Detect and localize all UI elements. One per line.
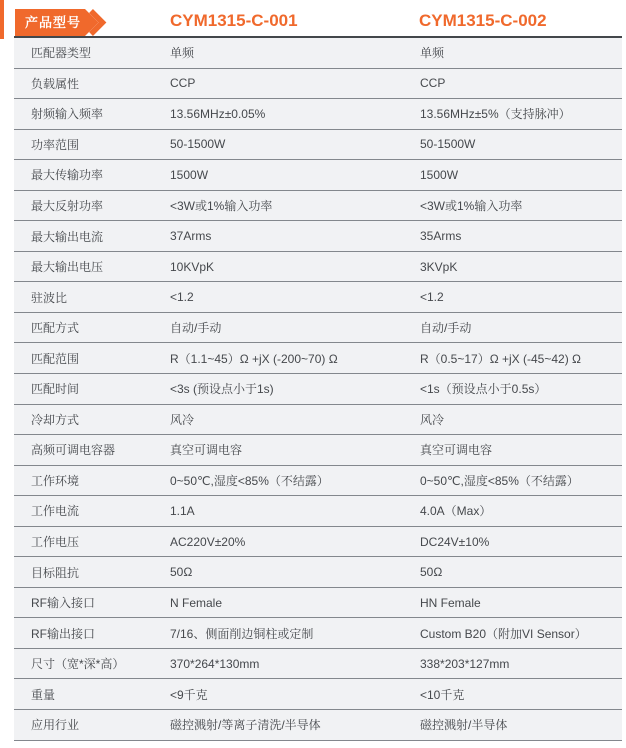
spec-row: 最大反射功率<3W或1%输入功率<3W或1%输入功率 — [14, 191, 622, 222]
spec-value-col2: <1s（预设点小于0.5s） — [420, 380, 622, 397]
spec-value-col2: 13.56MHz±5%（支持脉冲） — [420, 105, 622, 122]
spec-value-col2: 50-1500W — [420, 137, 622, 151]
spec-row: 工作电压AC220V±20%DC24V±10% — [14, 527, 622, 558]
spec-label: 匹配方式 — [14, 319, 170, 336]
spec-value-col1: AC220V±20% — [170, 535, 420, 549]
column-header-model-2: CYM1315-C-002 — [419, 11, 547, 31]
spec-label: 尺寸（宽*深*高） — [14, 655, 170, 672]
spec-row: 匹配器类型单频单频 — [14, 38, 622, 69]
spec-label: 匹配时间 — [14, 380, 170, 397]
spec-label: 最大输出电压 — [14, 258, 170, 275]
spec-row: 负载属性CCPCCP — [14, 69, 622, 100]
spec-value-col1: CCP — [170, 76, 420, 90]
spec-row: 功率范围50-1500W50-1500W — [14, 130, 622, 161]
spec-value-col1: 真空可调电容 — [170, 441, 420, 458]
spec-label: 射频输入频率 — [14, 105, 170, 122]
spec-value-col2: 4.0A（Max） — [420, 502, 622, 519]
spec-value-col2: 1500W — [420, 168, 622, 182]
spec-value-col1: <1.2 — [170, 290, 420, 304]
spec-value-col1: 1500W — [170, 168, 420, 182]
spec-label: 工作环境 — [14, 472, 170, 489]
spec-label: 匹配器类型 — [14, 44, 170, 61]
spec-label: 最大反射功率 — [14, 197, 170, 214]
spec-value-col1: <3W或1%输入功率 — [170, 197, 420, 214]
spec-row: RF输出接口7/16、侧面削边铜柱或定制Custom B20（附加VI Sens… — [14, 618, 622, 649]
spec-value-col1: 0~50℃,湿度<85%（不结露） — [170, 472, 420, 489]
spec-row: 最大输出电压10KVpK3KVpK — [14, 252, 622, 283]
spec-row: 高频可调电容器真空可调电容真空可调电容 — [14, 435, 622, 466]
spec-row: 重量<9千克<10千克 — [14, 679, 622, 710]
spec-value-col2: 3KVpK — [420, 260, 622, 274]
spec-label: 应用行业 — [14, 716, 170, 733]
spec-row: 工作电流1.1A4.0A（Max） — [14, 496, 622, 527]
spec-label: RF输入接口 — [14, 594, 170, 611]
spec-value-col1: N Female — [170, 596, 420, 610]
spec-row: 匹配时间<3s (预设点小于1s)<1s（预设点小于0.5s） — [14, 374, 622, 405]
spec-table: 匹配器类型单频单频负载属性CCPCCP射频输入频率13.56MHz±0.05%1… — [14, 36, 622, 741]
spec-row: 冷却方式风冷风冷 — [14, 405, 622, 436]
spec-label: 冷却方式 — [14, 411, 170, 428]
spec-value-col1: 风冷 — [170, 411, 420, 428]
spec-value-col2: DC24V±10% — [420, 535, 622, 549]
spec-value-col2: 338*203*127mm — [420, 657, 622, 671]
spec-value-col2: <10千克 — [420, 686, 622, 703]
spec-value-col2: 35Arms — [420, 229, 622, 243]
spec-value-col1: 7/16、侧面削边铜柱或定制 — [170, 625, 420, 642]
spec-row: 应用行业磁控溅射/等离子清洗/半导体磁控溅射/半导体 — [14, 710, 622, 741]
spec-value-col1: 10KVpK — [170, 260, 420, 274]
column-header-model-1: CYM1315-C-001 — [170, 11, 298, 31]
spec-value-col1: R（1.1~45）Ω +jX (-200~70) Ω — [170, 350, 420, 367]
spec-value-col2: 0~50℃,湿度<85%（不结露） — [420, 472, 622, 489]
spec-row: RF输入接口N FemaleHN Female — [14, 588, 622, 619]
spec-value-col1: <3s (预设点小于1s) — [170, 380, 420, 397]
spec-label: RF输出接口 — [14, 625, 170, 642]
spec-value-col2: 风冷 — [420, 411, 622, 428]
spec-value-col1: 50-1500W — [170, 137, 420, 151]
left-accent-bar — [0, 0, 4, 39]
spec-label: 负载属性 — [14, 75, 170, 92]
spec-value-col2: <3W或1%输入功率 — [420, 197, 622, 214]
spec-value-col1: 13.56MHz±0.05% — [170, 107, 420, 121]
spec-value-col1: <9千克 — [170, 686, 420, 703]
spec-row: 最大传输功率1500W1500W — [14, 160, 622, 191]
spec-label: 最大传输功率 — [14, 166, 170, 183]
spec-row: 驻波比<1.2<1.2 — [14, 282, 622, 313]
spec-label: 重量 — [14, 686, 170, 703]
spec-row: 射频输入频率13.56MHz±0.05%13.56MHz±5%（支持脉冲） — [14, 99, 622, 130]
spec-value-col1: 磁控溅射/等离子清洗/半导体 — [170, 716, 420, 733]
spec-value-col2: 真空可调电容 — [420, 441, 622, 458]
spec-row: 最大输出电流37Arms35Arms — [14, 221, 622, 252]
spec-value-col1: 1.1A — [170, 504, 420, 518]
spec-row: 匹配方式自动/手动自动/手动 — [14, 313, 622, 344]
spec-value-col2: Custom B20（附加VI Sensor） — [420, 625, 622, 642]
spec-value-col1: 370*264*130mm — [170, 657, 420, 671]
spec-value-col2: CCP — [420, 76, 622, 90]
product-model-badge-label: 产品型号 — [25, 9, 81, 36]
spec-row: 工作环境0~50℃,湿度<85%（不结露）0~50℃,湿度<85%（不结露） — [14, 466, 622, 497]
spec-value-col1: 50Ω — [170, 565, 420, 579]
spec-value-col2: 磁控溅射/半导体 — [420, 716, 622, 733]
spec-label: 高频可调电容器 — [14, 441, 170, 458]
spec-label: 工作电压 — [14, 533, 170, 550]
spec-label: 最大输出电流 — [14, 228, 170, 245]
spec-label: 功率范围 — [14, 136, 170, 153]
product-spec-sheet: 产品型号 CYM1315-C-001 CYM1315-C-002 匹配器类型单频… — [0, 0, 626, 748]
spec-row: 匹配范围R（1.1~45）Ω +jX (-200~70) ΩR（0.5~17）Ω… — [14, 343, 622, 374]
spec-label: 工作电流 — [14, 502, 170, 519]
spec-value-col2: HN Female — [420, 596, 622, 610]
spec-value-col1: 单频 — [170, 44, 420, 61]
spec-value-col2: 自动/手动 — [420, 319, 622, 336]
spec-value-col2: 单频 — [420, 44, 622, 61]
spec-value-col2: 50Ω — [420, 565, 622, 579]
spec-value-col2: <1.2 — [420, 290, 622, 304]
spec-value-col1: 自动/手动 — [170, 319, 420, 336]
spec-value-col2: R（0.5~17）Ω +jX (-45~42) Ω — [420, 350, 622, 367]
spec-label: 驻波比 — [14, 289, 170, 306]
spec-label: 匹配范围 — [14, 350, 170, 367]
spec-value-col1: 37Arms — [170, 229, 420, 243]
spec-row: 目标阻抗50Ω50Ω — [14, 557, 622, 588]
spec-row: 尺寸（宽*深*高）370*264*130mm338*203*127mm — [14, 649, 622, 680]
spec-label: 目标阻抗 — [14, 564, 170, 581]
product-model-badge: 产品型号 — [15, 9, 121, 36]
